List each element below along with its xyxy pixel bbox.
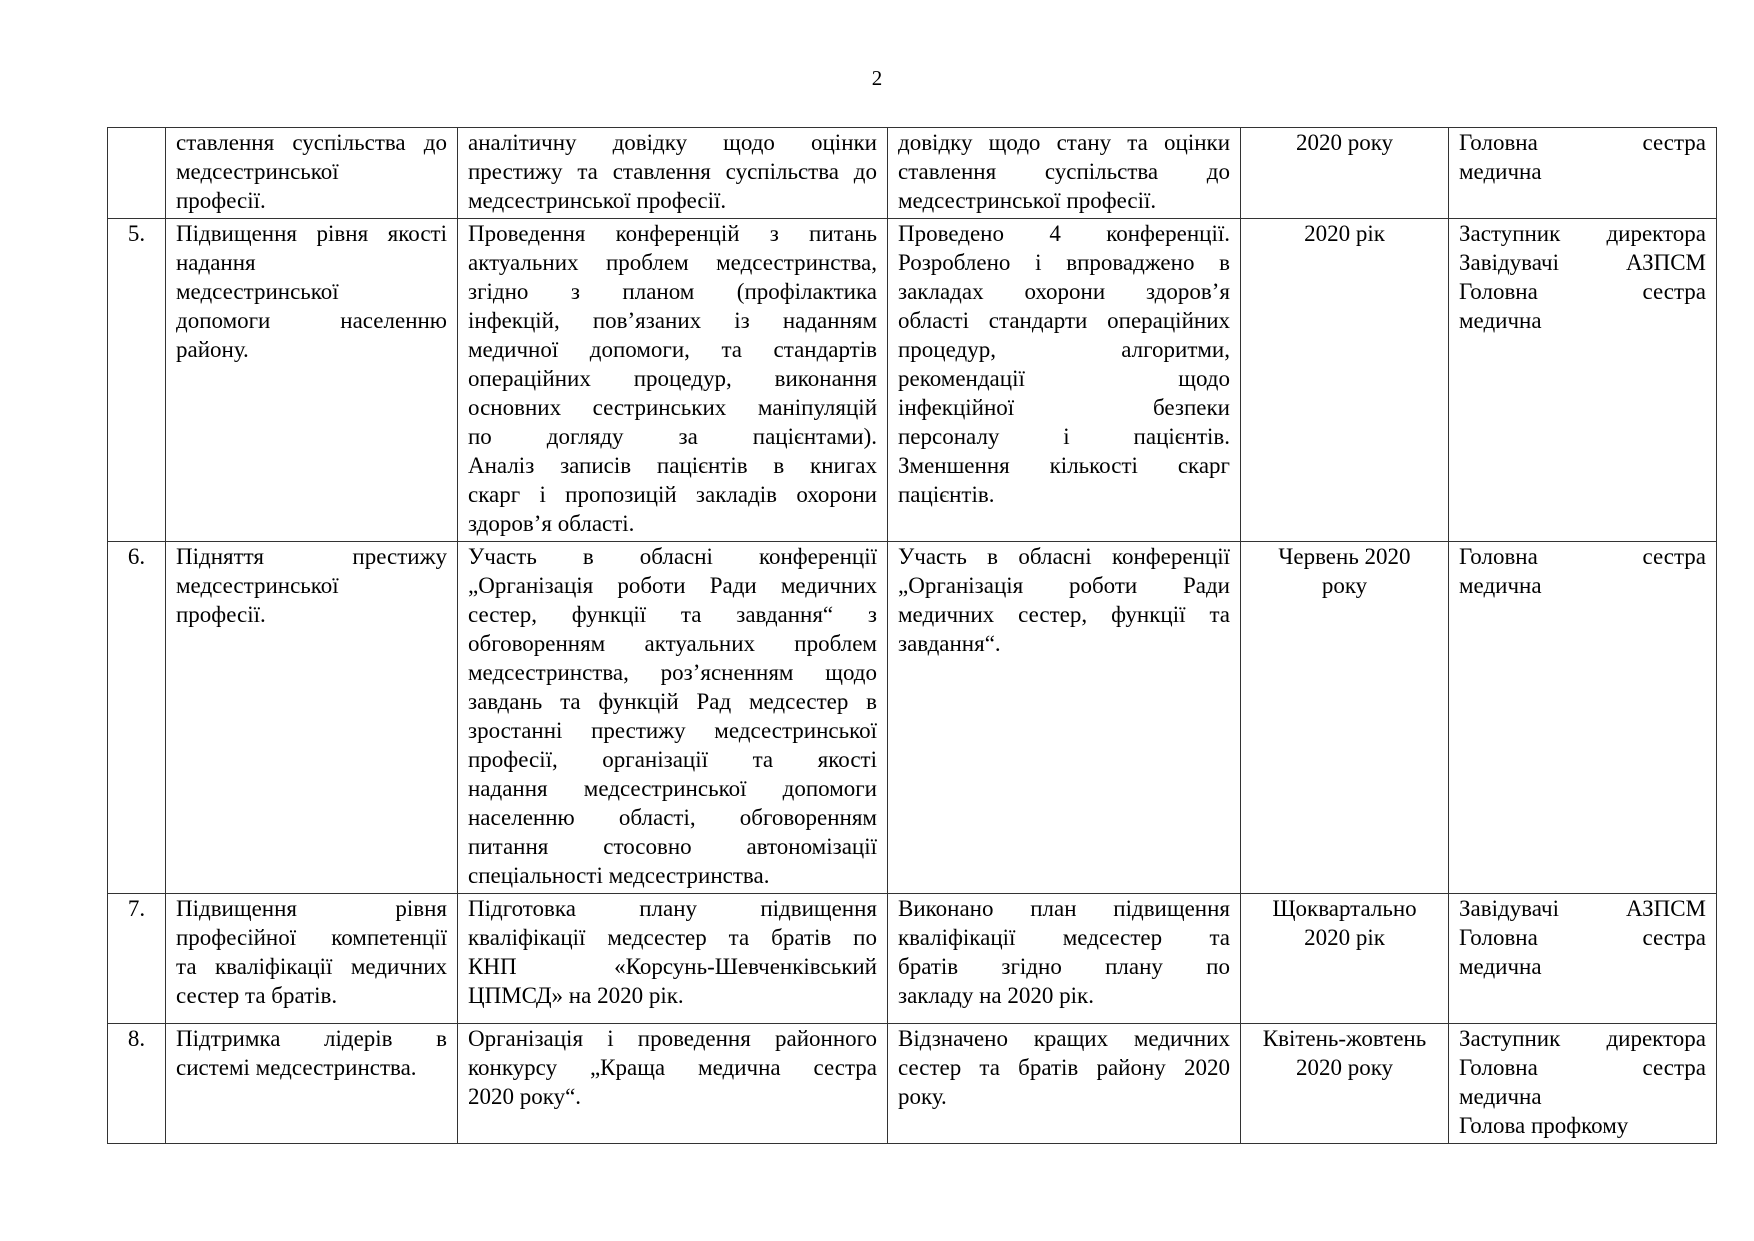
task-cell-line: Підвищення рівня (176, 894, 447, 923)
result-cell-line: пацієнтів. (898, 480, 1230, 509)
responsible-cell-line: Головна сестра (1459, 128, 1706, 157)
responsible-cell-line: Головна сестра (1459, 542, 1706, 571)
task-cell-line: професії. (176, 186, 447, 215)
table-body: ставлення суспільства домедсестринськоїп… (108, 128, 1717, 1144)
responsible-cell-line: медична (1459, 952, 1706, 981)
result-cell-line: процедур, алгоритми, (898, 335, 1230, 364)
task-cell-line: та кваліфікації медичних (176, 952, 447, 981)
row-number: 7. (108, 894, 166, 1024)
table-row: ставлення суспільства домедсестринськоїп… (108, 128, 1717, 219)
activity-cell-line: населенню області, обговоренням (468, 803, 877, 832)
term-cell: 2020 року (1241, 128, 1449, 219)
activity-cell-line: Аналіз записів пацієнтів в книгах (468, 451, 877, 480)
activity-cell-line: операційних процедур, виконання (468, 364, 877, 393)
responsible-cell-line: Головна сестра (1459, 923, 1706, 952)
result-cell-line: медсестринської професії. (898, 186, 1230, 215)
activity-cell-line: надання медсестринської допомоги (468, 774, 877, 803)
result-cell-line: Зменшення кількості скарг (898, 451, 1230, 480)
activity-cell-line: „Організація роботи Ради медичних (468, 571, 877, 600)
result-cell-line: рекомендації щодо (898, 364, 1230, 393)
activity-cell-line: 2020 року“. (468, 1082, 877, 1111)
activity-cell-line: Підготовка плану підвищення (468, 894, 877, 923)
task-cell: Підвищення рівняпрофесійної компетенціїт… (166, 894, 458, 1024)
result-cell: Відзначено кращих медичнихсестер та брат… (888, 1024, 1241, 1144)
task-cell-line: надання (176, 248, 447, 277)
result-cell: Проведено 4 конференції.Розроблено і впр… (888, 219, 1241, 542)
table-row: 7.Підвищення рівняпрофесійної компетенці… (108, 894, 1717, 1024)
activity-cell-line: престижу та ставлення суспільства до (468, 157, 877, 186)
task-cell-line: сестер та братів. (176, 981, 447, 1010)
result-cell-line: Участь в обласні конференції (898, 542, 1230, 571)
activity-cell-line: аналітичну довідку щодо оцінки (468, 128, 877, 157)
activity-cell-line: сестер, функції та завдання“ з (468, 600, 877, 629)
activity-cell: Організація і проведення районногоконкур… (458, 1024, 888, 1144)
responsible-cell-line: Заступник директора (1459, 219, 1706, 248)
term-cell: Щоквартально2020 рік (1241, 894, 1449, 1024)
term-cell: 2020 рік (1241, 219, 1449, 542)
activity-cell-line: обговоренням актуальних проблем (468, 629, 877, 658)
result-cell-line: „Організація роботи Ради (898, 571, 1230, 600)
result-cell: Участь в обласні конференції„Організація… (888, 542, 1241, 894)
responsible-cell: Головна сестрамедична (1449, 542, 1717, 894)
activity-cell: аналітичну довідку щодо оцінкипрестижу т… (458, 128, 888, 219)
row-number: 6. (108, 542, 166, 894)
activity-cell-line: по догляду за пацієнтами). (468, 422, 877, 451)
task-cell: ставлення суспільства домедсестринськоїп… (166, 128, 458, 219)
activity-cell-line: медичної допомоги, та стандартів (468, 335, 877, 364)
row-number (108, 128, 166, 219)
term-cell-line: Щоквартально (1251, 894, 1438, 923)
responsible-cell-line: медична (1459, 157, 1706, 186)
task-cell-line: ставлення суспільства до (176, 128, 447, 157)
result-cell-line: довідку щодо стану та оцінки (898, 128, 1230, 157)
term-cell-line: 2020 рік (1251, 219, 1438, 248)
result-cell-line: закладу на 2020 рік. (898, 981, 1230, 1010)
table-row: 8.Підтримка лідерів всистемі медсестринс… (108, 1024, 1717, 1144)
result-cell-line: інфекційної безпеки (898, 393, 1230, 422)
task-cell: Підвищення рівня якостінаданнямедсестрин… (166, 219, 458, 542)
result-cell-line: кваліфікації медсестер та (898, 923, 1230, 952)
activity-cell-line: інфекцій, пов’язаних із наданням (468, 306, 877, 335)
table-row: 5.Підвищення рівня якостінаданнямедсестр… (108, 219, 1717, 542)
action-plan-table: ставлення суспільства домедсестринськоїп… (107, 127, 1717, 1144)
term-cell-line: Червень 2020 (1251, 542, 1438, 571)
task-cell-line: медсестринської (176, 277, 447, 306)
activity-cell-line: кваліфікації медсестер та братів по (468, 923, 877, 952)
activity-cell: Проведення конференцій з питаньактуальни… (458, 219, 888, 542)
task-cell-line: допомоги населенню (176, 306, 447, 335)
task-cell: Підтримка лідерів всистемі медсестринств… (166, 1024, 458, 1144)
responsible-cell-line: Головна сестра (1459, 277, 1706, 306)
row-number: 5. (108, 219, 166, 542)
activity-cell-line: конкурсу „Краща медична сестра (468, 1053, 877, 1082)
activity-cell-line: Проведення конференцій з питань (468, 219, 877, 248)
result-cell-line: Виконано план підвищення (898, 894, 1230, 923)
result-cell: довідку щодо стану та оцінкиставлення су… (888, 128, 1241, 219)
activity-cell-line: медсестринства, роз’ясненням щодо (468, 658, 877, 687)
task-cell-line: Підняття престижу (176, 542, 447, 571)
task-cell-line: професії. (176, 600, 447, 629)
result-cell-line: братів згідно плану по (898, 952, 1230, 981)
result-cell-line: Проведено 4 конференції. (898, 219, 1230, 248)
responsible-cell: Заступник директораЗавідувачі АЗПСМГолов… (1449, 219, 1717, 542)
activity-cell: Підготовка плану підвищеннякваліфікації … (458, 894, 888, 1024)
responsible-cell-line: Завідувачі АЗПСМ (1459, 894, 1706, 923)
responsible-cell: Головна сестрамедична (1449, 128, 1717, 219)
activity-cell-line: Участь в обласні конференції (468, 542, 877, 571)
activity-cell-line: спеціальності медсестринства. (468, 861, 877, 890)
activity-cell-line: ЦПМСД» на 2020 рік. (468, 981, 877, 1010)
task-cell-line: Підтримка лідерів в (176, 1024, 447, 1053)
result-cell-line: Відзначено кращих медичних (898, 1024, 1230, 1053)
responsible-cell: Завідувачі АЗПСМГоловна сестрамедична (1449, 894, 1717, 1024)
term-cell-line: року (1251, 571, 1438, 600)
responsible-cell-line: медична (1459, 1082, 1706, 1111)
activity-cell-line: питання стосовно автономізації (468, 832, 877, 861)
term-cell-line: 2020 рік (1251, 923, 1438, 952)
result-cell-line: медичних сестер, функції та (898, 600, 1230, 629)
activity-cell-line: зростанні престижу медсестринської (468, 716, 877, 745)
responsible-cell-line: медична (1459, 571, 1706, 600)
activity-cell-line: згідно з планом (профілактика (468, 277, 877, 306)
result-cell-line: закладах охорони здоров’я (898, 277, 1230, 306)
result-cell-line: ставлення суспільства до (898, 157, 1230, 186)
responsible-cell-line: Головна сестра (1459, 1053, 1706, 1082)
result-cell-line: сестер та братів району 2020 (898, 1053, 1230, 1082)
task-cell-line: району. (176, 335, 447, 364)
responsible-cell-line: Заступник директора (1459, 1024, 1706, 1053)
row-number: 8. (108, 1024, 166, 1144)
activity-cell-line: медсестринської професії. (468, 186, 877, 215)
activity-cell: Участь в обласні конференції„Організація… (458, 542, 888, 894)
term-cell: Червень 2020року (1241, 542, 1449, 894)
term-cell-line: 2020 року (1251, 1053, 1438, 1082)
activity-cell-line: завдань та функцій Рад медсестер в (468, 687, 877, 716)
result-cell-line: Розроблено і впроваджено в (898, 248, 1230, 277)
task-cell-line: системі медсестринства. (176, 1053, 447, 1082)
result-cell: Виконано план підвищеннякваліфікації мед… (888, 894, 1241, 1024)
activity-cell-line: Організація і проведення районного (468, 1024, 877, 1053)
task-cell-line: Підвищення рівня якості (176, 219, 447, 248)
activity-cell-line: скарг і пропозицій закладів охорони (468, 480, 877, 509)
task-cell: Підняття престижумедсестринськоїпрофесії… (166, 542, 458, 894)
responsible-cell-line: Завідувачі АЗПСМ (1459, 248, 1706, 277)
activity-cell-line: КНП «Корсунь-Шевченківський (468, 952, 877, 981)
table-row: 6.Підняття престижумедсестринськоїпрофес… (108, 542, 1717, 894)
result-cell-line: персоналу і пацієнтів. (898, 422, 1230, 451)
task-cell-line: професійної компетенції (176, 923, 447, 952)
result-cell-line: року. (898, 1082, 1230, 1111)
result-cell-line: області стандарти операційних (898, 306, 1230, 335)
activity-cell-line: професії, організації та якості (468, 745, 877, 774)
activity-cell-line: актуальних проблем медсестринства, (468, 248, 877, 277)
activity-cell-line: основних сестринських маніпуляцій (468, 393, 877, 422)
task-cell-line: медсестринської (176, 157, 447, 186)
activity-cell-line: здоров’я області. (468, 509, 877, 538)
task-cell-line: медсестринської (176, 571, 447, 600)
result-cell-line: завдання“. (898, 629, 1230, 658)
page-number: 2 (0, 66, 1754, 91)
term-cell: Квітень-жовтень2020 року (1241, 1024, 1449, 1144)
term-cell-line: 2020 року (1251, 128, 1438, 157)
responsible-cell-line: медична (1459, 306, 1706, 335)
responsible-cell-line: Голова профкому (1459, 1111, 1706, 1140)
term-cell-line: Квітень-жовтень (1251, 1024, 1438, 1053)
responsible-cell: Заступник директораГоловна сестрамедична… (1449, 1024, 1717, 1144)
